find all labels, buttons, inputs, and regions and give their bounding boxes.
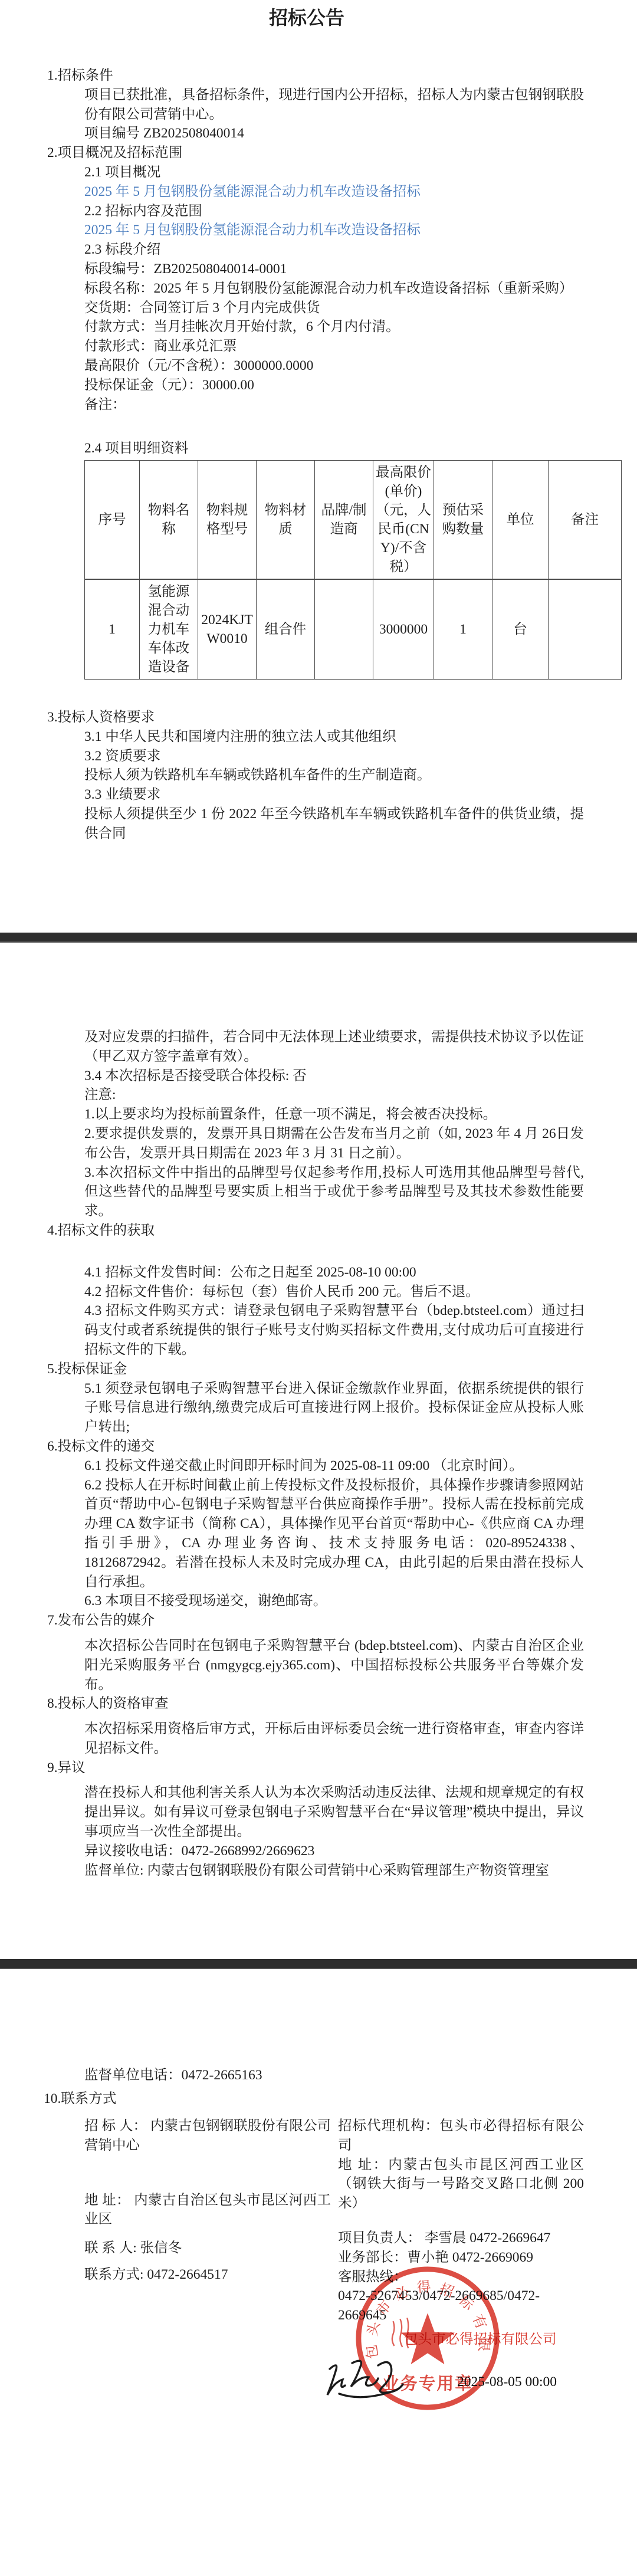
table-cell	[315, 579, 373, 680]
paragraph: 付款形式：商业承兑汇票	[84, 337, 584, 356]
paragraph: 地 址： 内蒙古自治区包头市昆区河西工业区	[84, 2191, 331, 2230]
paragraph: 3.4 本次招标是否接受联合体投标: 否	[84, 1067, 584, 1086]
table-cell: 氢能源混合动力机车车体改造设备	[140, 579, 198, 680]
page-title: 招标公告	[0, 5, 613, 31]
material-detail-table: 序号物料名称物料规格型号物料材质品牌/制造商最高限价(单价)（元，人民币(CNY…	[84, 460, 622, 680]
table-cell: 组合件	[257, 579, 315, 680]
paragraph: 项目编号 ZB202508040014	[84, 124, 584, 143]
paragraph: 1.以上要求均为投标前置条件，任意一项不满足，将会被否决投标。	[84, 1105, 584, 1124]
paragraph: 8.投标人的资格审查	[47, 1694, 584, 1714]
paragraph: 潜在投标人和其他利害关系人认为本次采购活动违反法律、法规和规章规定的有权提出异议…	[84, 1783, 584, 1841]
table-header-cell: 备注	[549, 460, 622, 579]
paragraph: 9.异议	[47, 1758, 584, 1778]
section-contact-heading: 10.联系方式	[44, 2089, 116, 2109]
paragraph: 4.招标文件的获取	[47, 1221, 584, 1241]
page2-body-block: 及对应发票的扫描件，若合同中无法体现上述业绩要求，需提供技术协议予以佐证（甲乙双…	[47, 1028, 584, 1880]
contact-columns: 招 标 人： 内蒙古包钢钢联股份有限公司营销中心地 址： 内蒙古自治区包头市昆区…	[84, 2116, 584, 2349]
paragraph: 投标保证金（元）：30000.00	[84, 376, 584, 395]
qualification-block: 3.投标人资格要求3.1 中华人民共和国境内注册的独立法人或其他组织3.2 资质…	[47, 708, 584, 844]
paragraph: 标段编号：ZB202508040014-0001	[84, 260, 584, 279]
paragraph: 及对应发票的扫描件，若合同中无法体现上述业绩要求，需提供技术协议予以佐证（甲乙双…	[84, 1028, 584, 1067]
paragraph: 1.招标条件	[47, 66, 584, 86]
paragraph: 监督单位: 内蒙古包钢钢联股份有限公司营销中心采购管理部生产物资管理室	[84, 1861, 584, 1881]
paragraph: 4.2 招标文件售价：每标包（套）售价人民币 200 元。售后不退。	[84, 1282, 584, 1302]
paragraph: 3.投标人资格要求	[47, 708, 584, 727]
paragraph: 联系方式: 0472-2664517	[84, 2265, 331, 2285]
page-separator	[0, 1959, 637, 1969]
paragraph: 6.3 本项目不接受现场递交，谢绝邮寄。	[84, 1591, 584, 1611]
paragraph: 异议接收电话：0472-2668992/2669623	[84, 1842, 584, 1861]
paragraph: 2.2 招标内容及范围	[84, 202, 584, 221]
paragraph: 最高限价（元/不含税）：3000000.0000	[84, 356, 584, 376]
paragraph: 3.3 业绩要求	[84, 785, 584, 805]
paragraph: 6.2 投标人在开标时间截止前上传投标文件及投标报价，具体操作步骤请参照网站首页…	[84, 1476, 584, 1592]
paragraph: 5.1 须登录包钢电子采购智慧平台进入保证金缴款作业界面，依据系统提供的银行子账…	[84, 1379, 584, 1437]
table-header-cell: 物料规格型号	[198, 460, 257, 579]
paragraph: 交货期：合同签订后 3 个月内完成供货	[84, 298, 584, 318]
table-cell: 3000000	[373, 579, 434, 680]
table-header-cell: 物料材质	[257, 460, 315, 579]
paragraph: 4.3 招标文件购买方式：请登录包钢电子采购智慧平台（bdep.btsteel.…	[84, 1301, 584, 1359]
tender-announcement-document: 招标公告 1.招标条件项目已获批准，具备招标条件，现进行国内公开招标，招标人为内…	[0, 0, 637, 2576]
paragraph: 项目已获批准，具备招标条件，现进行国内公开招标，招标人为内蒙古包钢钢联股份有限公…	[84, 86, 584, 124]
table-header-cell: 预估采购数量	[434, 460, 492, 579]
signature	[321, 2352, 410, 2408]
paragraph: 6.1 投标文件递交截止时间即开标时间为 2025-08-11 09:00 （北…	[84, 1456, 584, 1476]
paragraph: 2.3 标段介绍	[84, 240, 584, 260]
paragraph: 2.要求提供发票的，发票开具日期需在公告发布当月之前（如, 2023 年 4 月…	[84, 1124, 584, 1163]
paragraph: 地 址：内蒙古包头市昆区河西工业区（钢铁大街与一号路交叉路口北侧 200 米）	[338, 2155, 584, 2213]
detail-table-block: 2.4 项目明细资料 序号物料名称物料规格型号物料材质品牌/制造商最高限价(单价…	[47, 439, 584, 680]
paragraph: 招 标 人： 内蒙古包钢钢联股份有限公司营销中心	[84, 2116, 331, 2155]
table-header-cell: 最高限价(单价)（元，人民币(CNY)/不含税）	[373, 460, 434, 579]
table-header-cell: 品牌/制造商	[315, 460, 373, 579]
paragraph: 本次招标公告同时在包钢电子采购智慧平台 (bdep.btsteel.com)、内…	[84, 1636, 584, 1694]
paragraph: 本次招标采用资格后审方式，开标后由评标委员会统一进行资格审查，审查内容详见招标文…	[84, 1719, 584, 1758]
paragraph: 招标代理机构：包头市必得招标有限公司	[338, 2116, 584, 2155]
paragraph: 6.投标文件的递交	[47, 1437, 584, 1456]
paragraph: 付款方式：当月挂帐次月开始付款，6 个月内付清。	[84, 317, 584, 337]
table-header-cell: 单位	[492, 460, 549, 579]
paragraph: 备注：	[84, 395, 584, 415]
paragraph: 5.投标保证金	[47, 1360, 584, 1379]
paragraph: 2.项目概况及招标范围	[47, 143, 584, 163]
paragraph: 3.本次招标文件中指出的品牌型号仅起参考作用,投标人可选用其他品牌型号替代,但这…	[84, 1163, 584, 1221]
section-conditions-block: 1.招标条件项目已获批准，具备招标条件，现进行国内公开招标，招标人为内蒙古包钢钢…	[47, 66, 584, 414]
paragraph: 2.1 项目概况	[84, 163, 584, 182]
table-header-cell: 序号	[85, 460, 140, 579]
supervisor-phone: 监督单位电话：0472-2665163	[84, 2066, 584, 2085]
table-cell: 1	[434, 579, 492, 680]
paragraph: 4.1 招标文件发售时间：公布之日起至 2025-08-10 00:00	[84, 1263, 584, 1282]
table-header-cell: 物料名称	[140, 460, 198, 579]
paragraph: 投标人须为铁路机车车辆或铁路机车备件的生产制造商。	[84, 766, 584, 785]
paragraph: 注意:	[84, 1085, 584, 1105]
paragraph: 联 系 人: 张信冬	[84, 2239, 331, 2258]
tenderer-contact-column: 招 标 人： 内蒙古包钢钢联股份有限公司营销中心地 址： 内蒙古自治区包头市昆区…	[84, 2116, 331, 2349]
paragraph: 3.2 资质要求	[84, 747, 584, 766]
paragraph: 投标人须提供至少 1 份 2022 年至今铁路机车车辆或铁路机车备件的供货业绩，…	[84, 805, 584, 844]
project-link[interactable]: 2025 年 5 月包钢股份氢能源混合动力机车改造设备招标	[84, 221, 584, 240]
table-row: 1氢能源混合动力机车车体改造设备2024KJTW0010组合件30000001台	[85, 579, 622, 680]
table-cell: 2024KJTW0010	[198, 579, 257, 680]
seal-date: 2025-08-05 00:00	[457, 2372, 557, 2392]
paragraph: 标段名称：2025 年 5 月包钢股份氢能源混合动力机车改造设备招标（重新采购）	[84, 279, 584, 298]
paragraph: 项目负责人： 李雪晨 0472-2669647	[338, 2229, 584, 2248]
table-cell: 台	[492, 579, 549, 680]
table-cell: 1	[85, 579, 140, 680]
paragraph: 7.发布公告的媒介	[47, 1611, 584, 1630]
detail-heading: 2.4 项目明细资料	[84, 439, 584, 458]
table-cell	[549, 579, 622, 680]
project-link[interactable]: 2025 年 5 月包钢股份氢能源混合动力机车改造设备招标	[84, 182, 584, 202]
page-separator	[0, 933, 637, 943]
paragraph: 3.1 中华人民共和国境内注册的独立法人或其他组织	[84, 727, 584, 747]
